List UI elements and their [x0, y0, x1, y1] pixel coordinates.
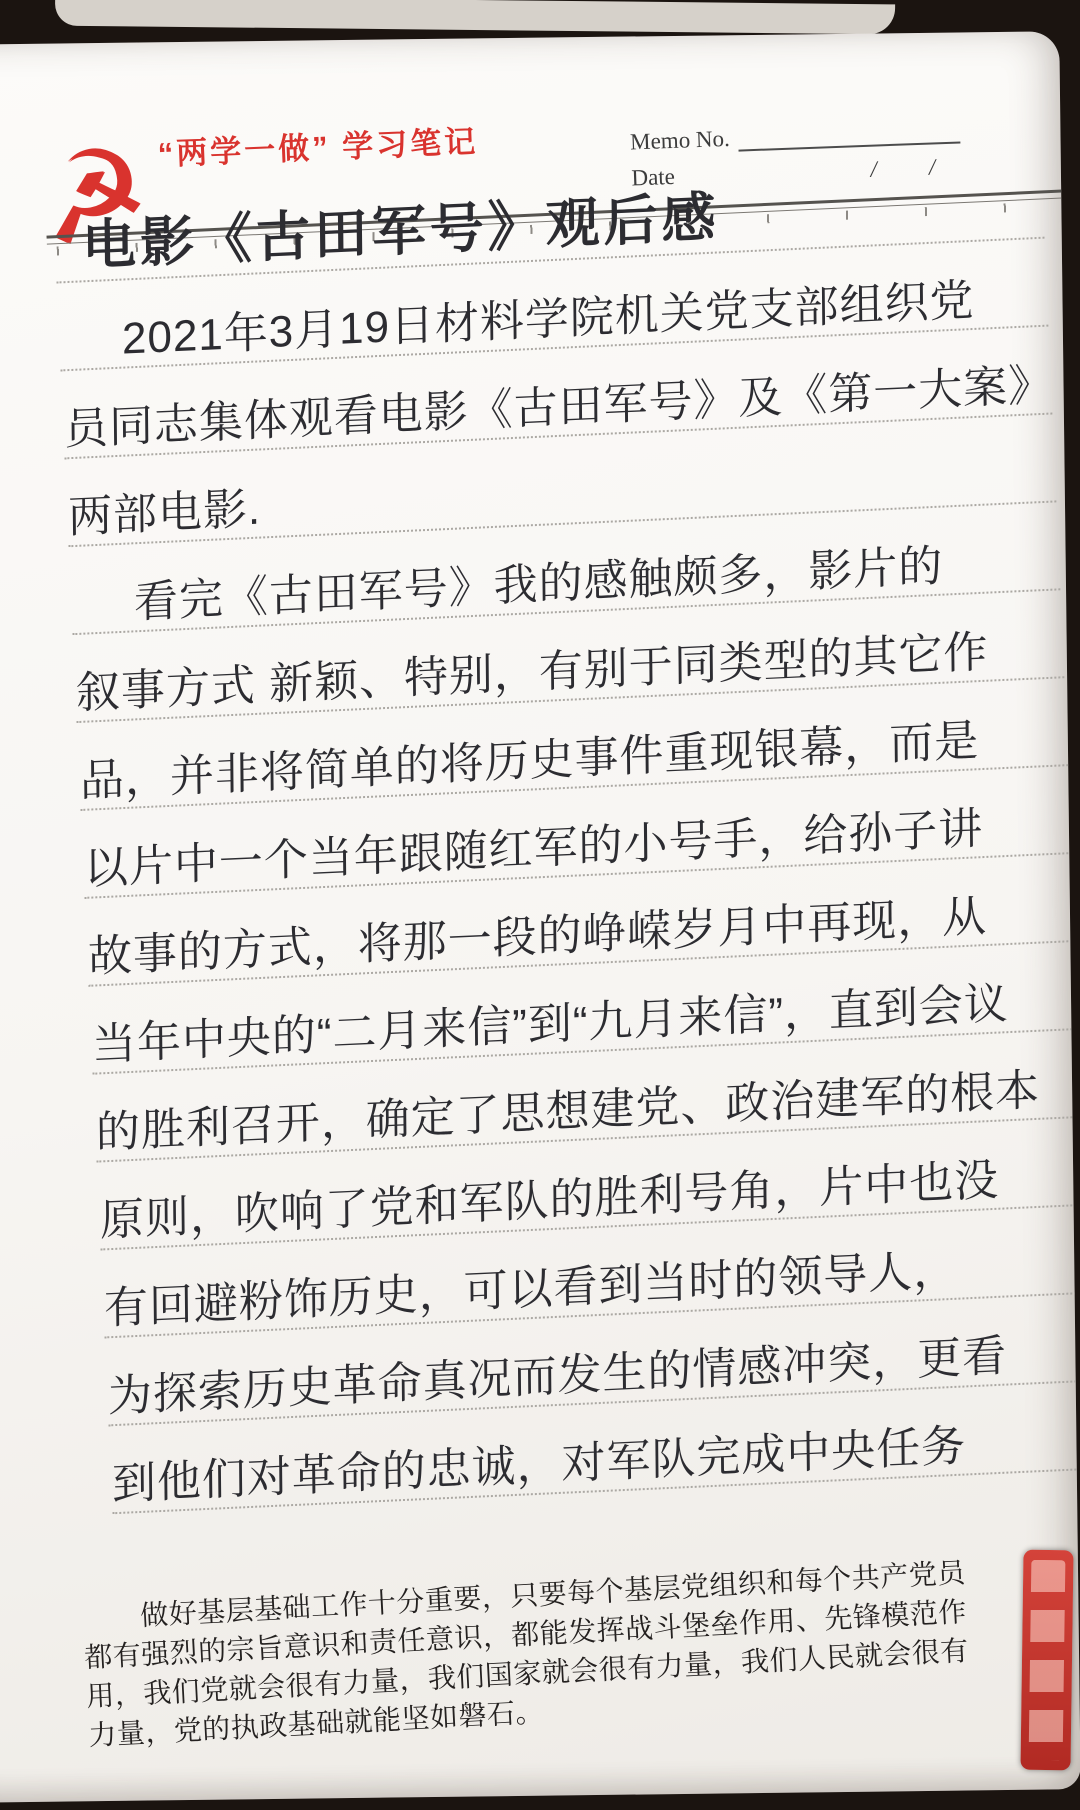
memo-no-blank	[737, 116, 960, 151]
printed-footer-quote: 做好基层基础工作十分重要，只要每个基层党组织和每个共产党员都有强烈的宗旨意识和责…	[81, 1552, 998, 1755]
notebook-header-title: “两学一做” 学习笔记	[157, 116, 479, 174]
handwriting-area: 电影《古田军号》观后感 2021年3月19日材料学院机关党支部组织党 员同志集体…	[54, 157, 1080, 1515]
notebook-page: ☭ “两学一做” 学习笔记 Memo No. Date / / 电影《古田军号》…	[0, 31, 1080, 1802]
red-seal	[1020, 1550, 1073, 1771]
memo-no-label: Memo No.	[630, 126, 731, 156]
page-behind-edge	[55, 0, 895, 34]
